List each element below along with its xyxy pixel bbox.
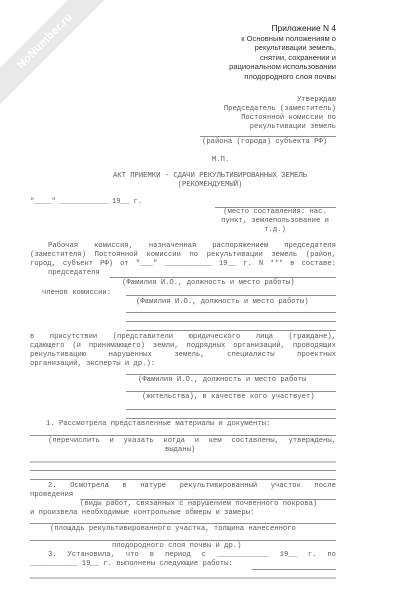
- presence-line: организаций, эксперты и др.):: [30, 360, 155, 369]
- member-line[interactable]: [126, 295, 336, 296]
- participant-line[interactable]: [126, 374, 336, 375]
- chairman-label: председателя: [48, 269, 100, 278]
- item2-line: 2. Осмотрела в натуре рекультивированный…: [48, 482, 336, 491]
- appendix-line: рациональном использовании: [229, 62, 336, 72]
- signature-line: [200, 136, 336, 137]
- document-title: АКТ ПРИЕМКИ - СДАЧИ РЕКУЛЬТИВИРОВАННЫХ З…: [0, 172, 420, 181]
- participant-line[interactable]: [126, 391, 336, 392]
- item2-line: проведения: [30, 491, 73, 500]
- documents-line[interactable]: [30, 470, 336, 471]
- place-caption-line: пункт, землепользование и: [212, 217, 338, 226]
- documents-line[interactable]: [30, 461, 336, 463]
- region-caption: (района (города) субъекта РФ): [202, 138, 327, 147]
- intro-line: (заместителя) Постоянной комиссии по рек…: [30, 251, 336, 260]
- appendix-line: к Основным положениям о: [229, 34, 336, 44]
- participant-line[interactable]: [126, 409, 336, 410]
- members-caption: (Фамилия И.О., должность и место работы): [136, 298, 309, 307]
- item1-caption: выданы): [165, 446, 195, 455]
- member-line[interactable]: [126, 312, 336, 313]
- works-done-line[interactable]: [252, 569, 336, 570]
- intro-line: Рабочая комиссия, назначенная распоряжен…: [48, 242, 336, 251]
- item2-caption: (площадь рекультивированного участка, то…: [50, 525, 296, 534]
- participant-caption: (жительства), в качестве кого участвует): [142, 393, 315, 402]
- date-field[interactable]: "____" ___________ 19__ г.: [30, 198, 142, 207]
- approval-line: рекультивации земель: [116, 123, 336, 132]
- chairman-caption: (Фамилия И.О., должность и место работы): [122, 279, 295, 288]
- appendix-line: снятии, сохранении и: [229, 53, 336, 63]
- item3-line: 3. Установила, что в период с __________…: [48, 551, 336, 560]
- approval-block: Утверждаю Председатель (заместитель) Пос…: [116, 96, 336, 132]
- approval-line: Председатель (заместитель): [116, 105, 336, 114]
- presence-line: рекультивацию нарушенных земель, специал…: [30, 351, 336, 360]
- documents-line[interactable]: [30, 435, 336, 436]
- watermark-ribbon: NoNumber.ru: [0, 0, 114, 110]
- stamp-label: М.П.: [212, 156, 229, 165]
- member-line[interactable]: [126, 321, 336, 322]
- participant-line[interactable]: [126, 418, 336, 419]
- members-label: членов комиссии:: [42, 289, 111, 298]
- appendix-title: Приложение N 4: [229, 24, 336, 34]
- place-caption-line: т.д.): [212, 226, 338, 235]
- works-done-line[interactable]: [30, 577, 336, 579]
- item2-caption: плодородного слоя почвы и др.): [112, 542, 241, 551]
- presence-line: в присутствии (представители юридическог…: [30, 333, 336, 342]
- item3-line: ___________ 19__ г. выполнены следующие …: [30, 560, 233, 569]
- measurements-line[interactable]: [30, 523, 336, 524]
- item1-caption: (перечислить и указать когда и кем соста…: [48, 437, 336, 446]
- watermark-text: NoNumber.ru: [15, 11, 75, 71]
- approval-line: Постоянной комиссии по: [116, 114, 336, 123]
- appendix-header: Приложение N 4 к Основным положениям о р…: [229, 24, 336, 82]
- chairman-line[interactable]: [110, 277, 336, 278]
- appendix-line: рекультивации земель,: [229, 43, 336, 53]
- place-caption: (место составления: нас. пункт, землепол…: [212, 208, 338, 235]
- measurements-line[interactable]: [30, 540, 336, 541]
- participant-caption: (Фамилия И.О., должность и место работы: [138, 376, 306, 385]
- approve-label: Утверждаю: [116, 96, 336, 105]
- document-subtitle: (РЕКОМЕНДУЕМЫЙ): [0, 181, 420, 190]
- place-caption-line: (место составления: нас.: [212, 208, 338, 217]
- item1-text: 1. Рассмотрела представленные материалы …: [46, 420, 270, 429]
- item2-caption: (виды работ, связанных с нарушением почв…: [80, 500, 317, 509]
- intro-line: город, субъект РФ) от "___" ___________ …: [30, 260, 336, 269]
- item2-line: и произвела необходимые контрольные обме…: [30, 509, 254, 518]
- documents-line[interactable]: [30, 479, 336, 480]
- member-line[interactable]: [126, 330, 336, 331]
- appendix-line: плодородного слоя почвы: [229, 72, 336, 82]
- presence-line: сдающего (и принимающего) земли, подрядн…: [30, 342, 336, 351]
